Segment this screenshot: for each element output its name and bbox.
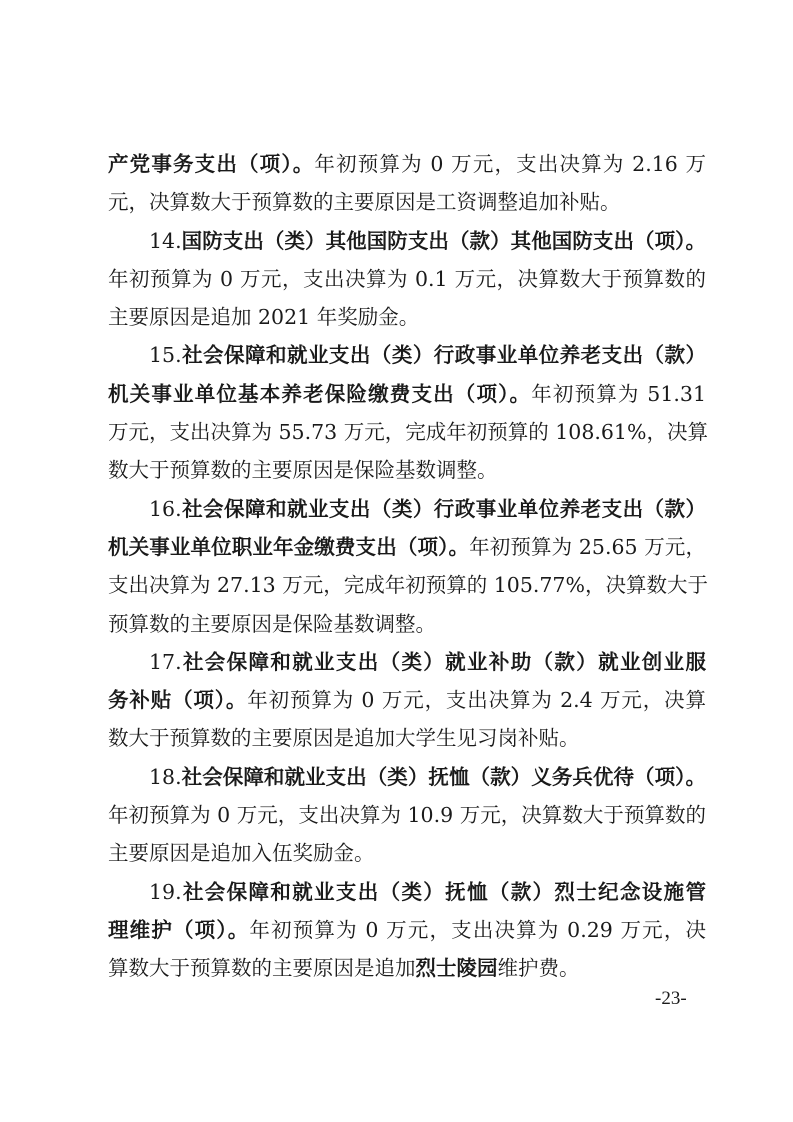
- paragraph-16: 16.社会保障和就业支出（类）行政事业单位养老支出（款） 机关事业单位职业年金缴…: [108, 490, 706, 643]
- body-text: 算数大于预算数的主要原因是追加: [108, 956, 416, 980]
- body-text: 年初预算为 25.65 万元，: [469, 535, 706, 559]
- item-number: 15.: [149, 343, 182, 367]
- body-text: 年初预算为 0 万元，支出决算为 0.1 万元，决算数大于预算数的: [108, 267, 706, 291]
- body-text: 预算数的主要原因是保险基数调整。: [108, 612, 436, 636]
- paragraph-17: 17.社会保障和就业支出（类）就业补助（款）就业创业服 务补贴（项）。年初预算为…: [108, 643, 706, 758]
- item-number: 18.: [149, 765, 182, 789]
- item-heading: 产党事务支出（项）。: [108, 152, 314, 176]
- item-heading: 国防支出（类）其他国防支出（款）其他国防支出（项）。: [182, 229, 706, 253]
- body-text: 支出决算为 27.13 万元，完成年初预算的 105.77%，决算数大于: [108, 573, 708, 597]
- body-text: 元，决算数大于预算数的主要原因是工资调整追加补贴。: [108, 190, 621, 214]
- emphasized-text: 烈士陵园: [416, 956, 498, 980]
- body-text: 数大于预算数的主要原因是追加大学生见习岗补贴。: [108, 726, 580, 750]
- body-text: 维护费。: [498, 956, 580, 980]
- item-heading: 社会保障和就业支出（类）抚恤（款）烈士纪念设施管: [182, 880, 706, 904]
- body-text: 万元，支出决算为 55.73 万元，完成年初预算的 108.61%，决算: [108, 420, 708, 444]
- body-text: 主要原因是追加 2021 年奖励金。: [108, 305, 419, 329]
- item-heading: 理维护（项）。: [108, 918, 249, 942]
- item-heading: 社会保障和就业支出（类）行政事业单位养老支出（款）: [182, 497, 706, 521]
- paragraph-14: 14.国防支出（类）其他国防支出（款）其他国防支出（项）。 年初预算为 0 万元…: [108, 222, 706, 337]
- page-number: -23-: [655, 988, 687, 1010]
- item-heading: 社会保障和就业支出（类）行政事业单位养老支出（款）: [182, 343, 706, 367]
- item-heading: 社会保障和就业支出（类）就业补助（款）就业创业服: [182, 650, 706, 674]
- item-number: 19.: [149, 880, 182, 904]
- paragraph-15: 15.社会保障和就业支出（类）行政事业单位养老支出（款） 机关事业单位基本养老保…: [108, 336, 706, 489]
- body-text: 年初预算为 0 万元，支出决算为 2.4 万元，决算: [247, 688, 706, 712]
- item-number: 16.: [149, 497, 182, 521]
- item-heading: 机关事业单位职业年金缴费支出（项）。: [108, 535, 469, 559]
- item-number: 14.: [149, 229, 182, 253]
- paragraph-18: 18.社会保障和就业支出（类）抚恤（款）义务兵优待（项）。 年初预算为 0 万元…: [108, 758, 706, 873]
- body-text: 年初预算为 0 万元，支出决算为 2.16 万: [314, 152, 706, 176]
- paragraph-13-tail: 产党事务支出（项）。年初预算为 0 万元，支出决算为 2.16 万 元，决算数大…: [108, 145, 706, 222]
- item-number: 17.: [149, 650, 182, 674]
- item-heading: 机关事业单位基本养老保险缴费支出（项）。: [108, 382, 531, 406]
- item-heading: 社会保障和就业支出（类）抚恤（款）义务兵优待（项）。: [182, 765, 706, 789]
- paragraph-19: 19.社会保障和就业支出（类）抚恤（款）烈士纪念设施管 理维护（项）。年初预算为…: [108, 873, 706, 988]
- item-heading: 务补贴（项）。: [108, 688, 247, 712]
- body-text: 数大于预算数的主要原因是保险基数调整。: [108, 458, 498, 482]
- document-page: 产党事务支出（项）。年初预算为 0 万元，支出决算为 2.16 万 元，决算数大…: [108, 145, 706, 988]
- body-text: 年初预算为 51.31: [531, 382, 706, 406]
- body-text: 年初预算为 0 万元，支出决算为 10.9 万元，决算数大于预算数的: [108, 803, 706, 827]
- body-text: 年初预算为 0 万元，支出决算为 0.29 万元，决: [249, 918, 706, 942]
- body-text: 主要原因是追加入伍奖励金。: [108, 841, 375, 865]
